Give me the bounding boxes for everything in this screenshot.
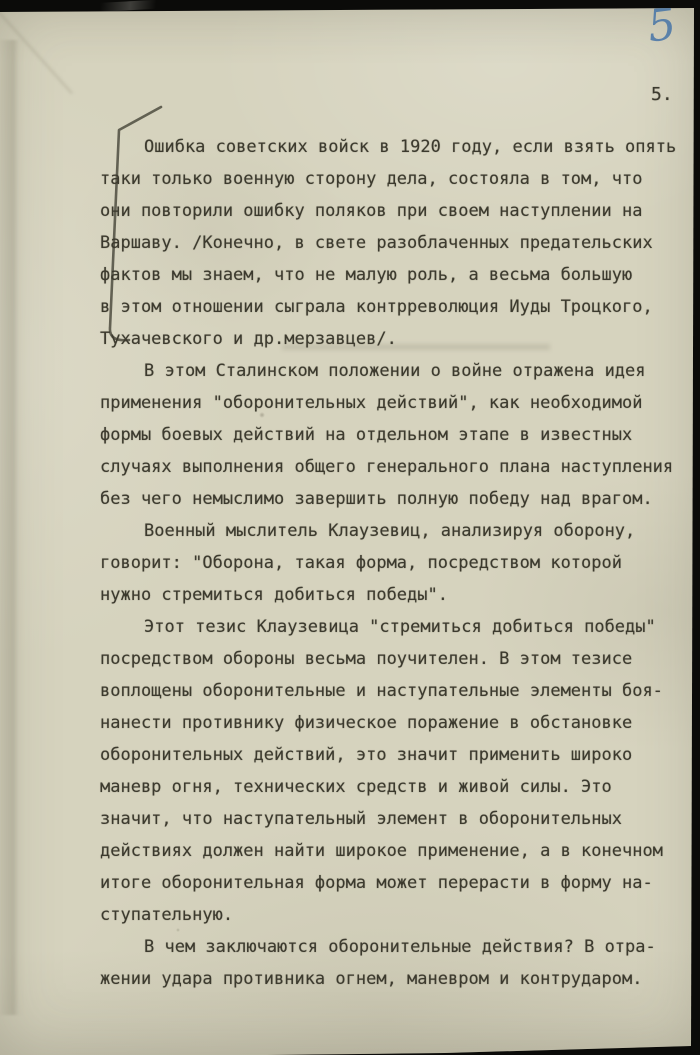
typed-page-number: 5. [651,84,673,105]
handwritten-page-number: 5 [645,2,678,49]
paragraph: Этот тезис Клаузевица "стремиться добить… [100,611,678,931]
document-page: 5 5. Ошибка советских войск в 1920 году,… [0,0,700,1055]
paragraph: В этом Сталинском положении о войне отра… [100,355,678,515]
document-body: Ошибка советских войск в 1920 году, если… [100,131,678,995]
paragraph: Военный мыслитель Клаузевиц, анализируя … [100,515,678,611]
scan-background-wrinkle [92,0,177,12]
paper-crease [0,40,24,1015]
paragraph: В чем заключаются оборонительные действи… [100,931,678,995]
paragraph: Ошибка советских войск в 1920 году, если… [100,131,678,355]
